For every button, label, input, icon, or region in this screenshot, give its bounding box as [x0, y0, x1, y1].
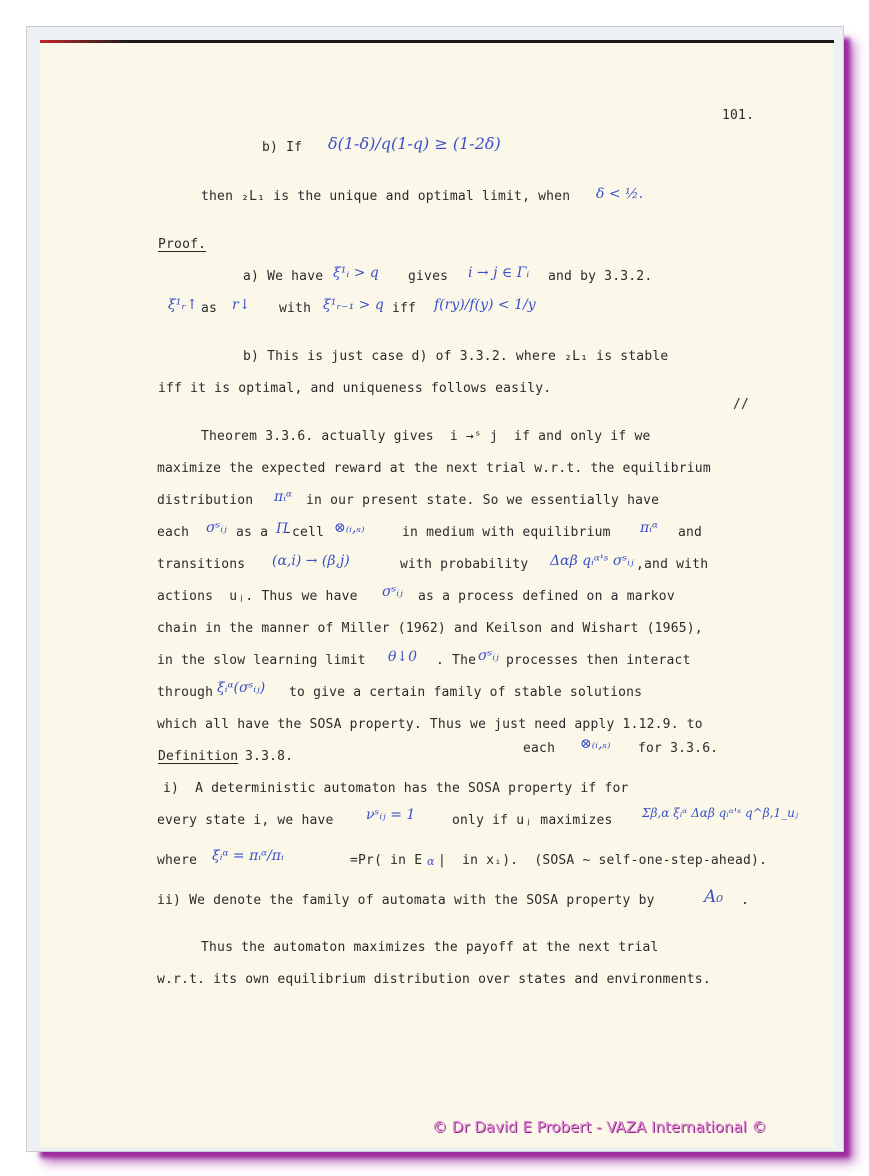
handwritten-formula: νˢᵢⱼ = 1 — [366, 807, 415, 823]
text-line: iff it is optimal, and uniqueness follow… — [158, 381, 551, 396]
text-line: through — [157, 685, 213, 700]
text-line: each — [157, 525, 189, 540]
text-line: and — [678, 525, 702, 540]
text-line: in our present state. So we essentially … — [306, 493, 659, 508]
text-line: with probability — [400, 557, 528, 572]
text-line: to give a certain family of stable solut… — [289, 685, 642, 700]
text-line: b) This is just case d) of 3.3.2. where … — [243, 349, 668, 364]
text-line: Theorem 3.3.6. actually gives i →ˢ j if … — [201, 429, 651, 444]
text-line: b) If — [262, 140, 302, 155]
text-line: i) A deterministic automaton has the SOS… — [163, 781, 629, 796]
text-line: which all have the SOSA property. Thus w… — [157, 717, 703, 732]
text-line: a) We have — [243, 269, 323, 284]
text-line: ii) We denote the family of automata wit… — [157, 893, 655, 908]
handwritten-formula: r↓ — [232, 297, 250, 313]
definition-number: 3.3.8. — [237, 749, 293, 764]
handwritten-formula: σˢᵢⱼ — [478, 648, 499, 664]
handwritten-formula: δ(1-δ)/q(1-q) ≥ (1-2δ) — [328, 134, 501, 153]
handwritten-formula: f(ry)/f(y) < 1/y — [434, 297, 536, 313]
text-line: transitions — [157, 557, 245, 572]
text-line: iff — [392, 301, 416, 316]
handwritten-formula: A₀ — [704, 887, 723, 907]
text-line: processes then interact — [506, 653, 691, 668]
text-line: chain in the manner of Miller (1962) and… — [157, 621, 703, 636]
text-line: in medium with equilibrium — [402, 525, 611, 540]
handwritten-formula: ξ¹ᵣ₋₁ > q — [323, 297, 384, 313]
text-line: =Pr( in E — [350, 853, 422, 868]
handwritten-formula: ξ¹ᵢ > q — [333, 265, 379, 281]
handwritten-formula: Δαβ qᵢᵅ'ˢ σˢᵢⱼ — [550, 553, 634, 569]
text-line: with — [279, 301, 311, 316]
text-line: . — [741, 893, 749, 908]
handwritten-formula: α — [427, 855, 434, 868]
handwritten-formula: ξ¹ᵣ↑ — [168, 297, 198, 313]
proof-heading: Proof. — [158, 237, 206, 252]
handwritten-formula: ξᵢᵅ = πᵢᵅ/πᵢ — [212, 848, 284, 864]
handwritten-formula: ⊗₍ᵢ,ₛ₎ — [580, 736, 611, 752]
handwritten-formula: δ < ½. — [596, 186, 643, 202]
text-line: as a process defined on a markov — [418, 589, 675, 604]
handwritten-formula: πᵢᵅ — [640, 520, 658, 536]
text-line: distribution — [157, 493, 253, 508]
handwritten-formula: σˢᵢⱼ — [382, 584, 403, 600]
text-line: for 3.3.6. — [638, 741, 718, 756]
handwritten-formula: ξᵢᵅ(σˢᵢⱼ) — [217, 680, 265, 696]
handwritten-formula: (α,i) → (β,j) — [272, 553, 350, 569]
handwritten-formula: ⊗₍ᵢ,ₛ₎ — [334, 520, 365, 536]
text-line: each — [523, 741, 555, 756]
qed-mark: // — [733, 397, 749, 412]
text-line: gives — [408, 269, 448, 284]
definition-heading: Definition — [158, 749, 238, 764]
text-line: as a — [236, 525, 268, 540]
text-line: actions uⱼ. Thus we have — [157, 589, 358, 604]
text-line: every state i, we have — [157, 813, 334, 828]
text-line: only if uⱼ maximizes — [452, 813, 613, 828]
handwritten-formula: πᵢᵅ — [274, 489, 292, 505]
text-line: maximize the expected reward at the next… — [157, 461, 711, 476]
text-line: where — [157, 853, 197, 868]
text-line: -cell — [284, 525, 324, 540]
handwritten-formula: i → j ∈ Γᵢ — [468, 265, 529, 281]
copyright-watermark: © Dr David E Probert - VAZA Internationa… — [432, 1118, 767, 1136]
text-line: as — [201, 301, 217, 316]
page-number: 101. — [722, 108, 754, 123]
handwritten-formula: σˢᵢⱼ — [206, 520, 227, 536]
handwritten-formula: θ↓0 — [388, 649, 417, 665]
text-line: and by 3.3.2. — [548, 269, 652, 284]
text-line: . The — [436, 653, 476, 668]
handwritten-formula: Σβ,α ξᵢᵅ Δαβ qᵢᵅ'ˢ q^β,1_uⱼ — [642, 806, 798, 820]
text-line: Thus the automaton maximizes the payoff … — [201, 940, 659, 955]
text-line: in the slow learning limit — [157, 653, 366, 668]
text-line: then ₂L₁ is the unique and optimal limit… — [201, 189, 570, 204]
text-line: | in xᵢ). (SOSA ~ self-one-step-ahead). — [438, 853, 767, 868]
text-line: w.r.t. its own equilibrium distribution … — [157, 972, 711, 987]
text-line: ,and with — [636, 557, 708, 572]
